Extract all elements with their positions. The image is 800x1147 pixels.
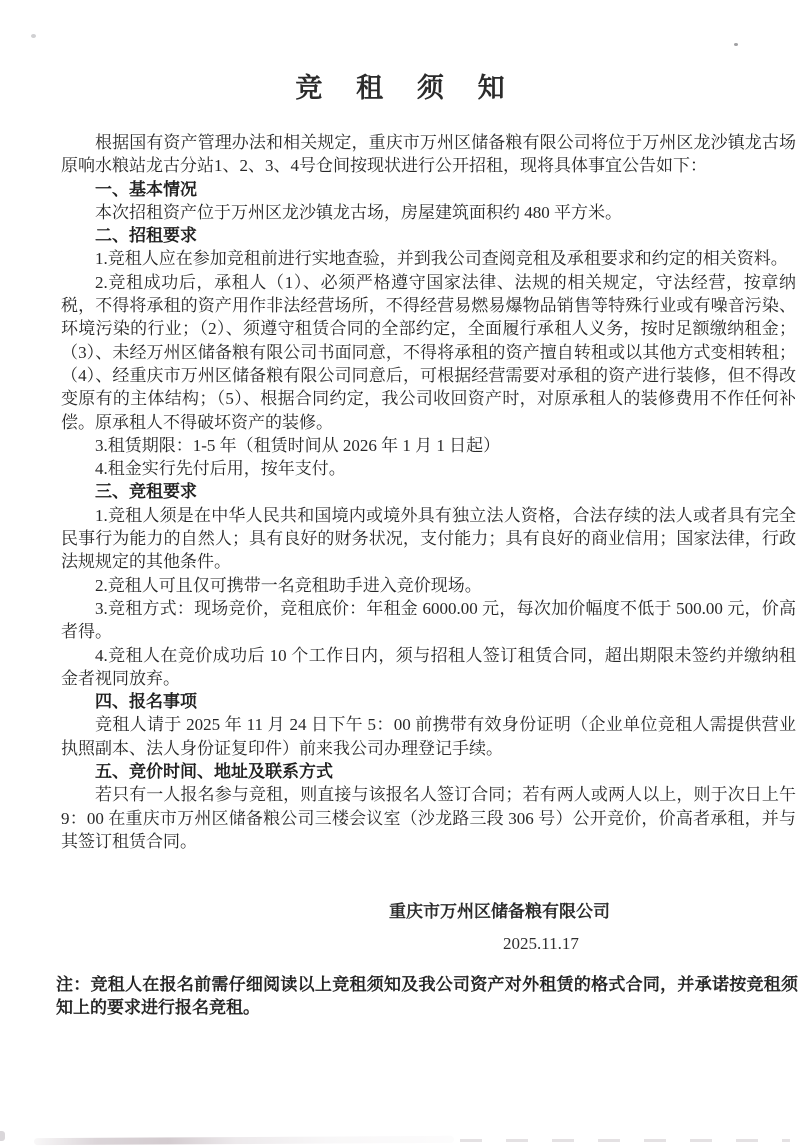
scan-speck-artifact xyxy=(31,34,36,38)
document-title: 竞租须知 xyxy=(0,66,800,105)
section-2-paragraph-2: 2.竞租成功后，承租人（1）、必须严格遵守国家法律、法规的相关规定，守法经营，按… xyxy=(61,271,796,434)
document-body: 根据国有资产管理办法和相关规定，重庆市万州区储备粮有限公司将位于万州区龙沙镇龙古… xyxy=(61,131,796,853)
section-5-heading: 五、竞价时间、地址及联系方式 xyxy=(61,760,796,783)
signature-company-name: 重庆市万州区储备粮有限公司 xyxy=(389,900,800,923)
scan-bottom-edge-smudge xyxy=(34,1136,454,1145)
section-2-paragraph-4: 4.租金实行先付后用，按年支付。 xyxy=(61,457,796,480)
signature-date: 2025.11.17 xyxy=(503,932,800,955)
section-5-paragraph-1: 若只有一人报名参与竞租，则直接与该报名人签订合同；若有两人或两人以上，则于次日上… xyxy=(61,783,796,853)
section-3-paragraph-2: 2.竞租人可且仅可携带一名竞租助手进入竞价现场。 xyxy=(61,574,796,597)
section-3-paragraph-3: 3.竞租方式：现场竞价，竞租底价：年租金 6000.00 元，每次加价幅度不低于… xyxy=(61,597,796,644)
scan-bottom-edge-dashes xyxy=(460,1139,790,1142)
section-2-paragraph-3: 3.租赁期限：1-5 年（租赁时间从 2026 年 1 月 1 日起） xyxy=(61,434,796,457)
section-4-paragraph-1: 竞租人请于 2025 年 11 月 24 日下午 5：00 前携带有效身份证明（… xyxy=(61,713,796,760)
scan-speck-artifact xyxy=(734,43,738,46)
section-3-paragraph-1: 1.竞租人须是在中华人民共和国境内或境外具有独立法人资格，合法存续的法人或者具有… xyxy=(61,504,796,574)
scan-bottom-left-nick xyxy=(0,1131,5,1141)
signature-block: 重庆市万州区储备粮有限公司 2025.11.17 xyxy=(0,900,800,956)
scan-speck-artifact xyxy=(751,347,755,350)
intro-paragraph: 根据国有资产管理办法和相关规定，重庆市万州区储备粮有限公司将位于万州区龙沙镇龙古… xyxy=(61,131,796,178)
footer-note: 注：竞租人在报名前需仔细阅读以上竞租须知及我公司资产对外租赁的格式合同，并承诺按… xyxy=(56,973,798,1020)
section-1-heading: 一、基本情况 xyxy=(61,178,796,201)
section-1-paragraph-1: 本次招租资产位于万州区龙沙镇龙古场，房屋建筑面积约 480 平方米。 xyxy=(61,201,796,224)
section-4-heading: 四、报名事项 xyxy=(61,690,796,713)
section-3-heading: 三、竞租要求 xyxy=(61,480,796,503)
section-2-heading: 二、招租要求 xyxy=(61,224,796,247)
scanned-document-page: 竞租须知 根据国有资产管理办法和相关规定，重庆市万州区储备粮有限公司将位于万州区… xyxy=(0,0,800,1147)
section-2-paragraph-1: 1.竞租人应在参加竞租前进行实地查验，并到我公司查阅竞租及承租要求和约定的相关资… xyxy=(61,247,796,270)
section-3-paragraph-4: 4.竞租人在竞价成功后 10 个工作日内，须与招租人签订租赁合同，超出期限未签约… xyxy=(61,644,796,691)
